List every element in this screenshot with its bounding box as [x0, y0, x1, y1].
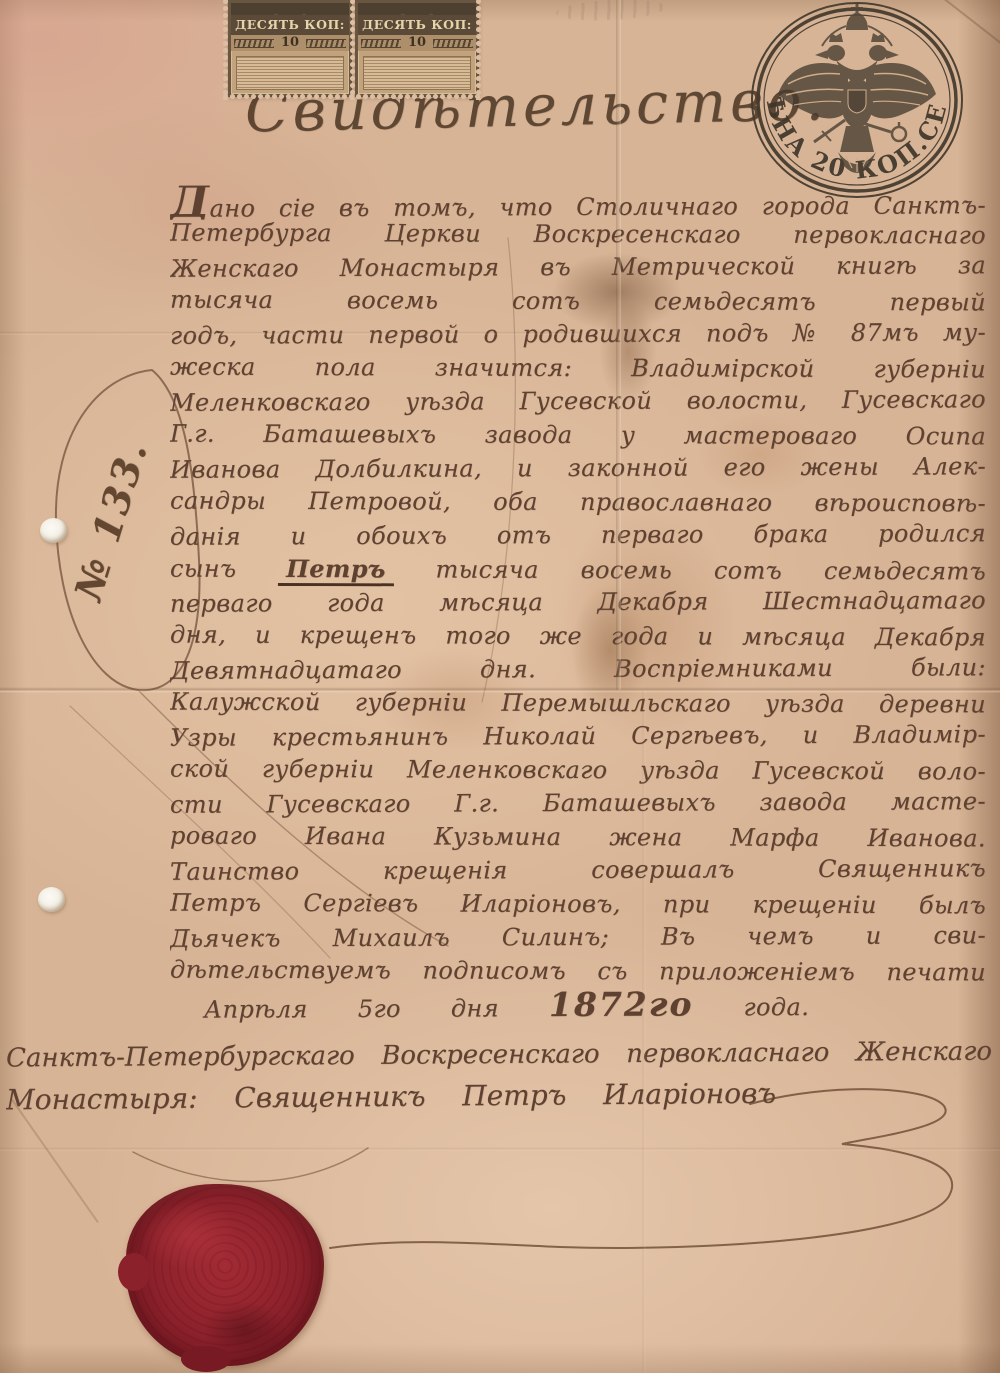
manuscript-line: данія и обоихъ отъ перваго брака родился	[170, 517, 986, 554]
stamp-perforation	[222, 0, 229, 100]
document-page: Свидѣтельство. ДЕСЯТЬ КОП: 10 ДЕСЯТЬ КОП…	[0, 0, 1000, 1373]
stamp-denomination-label: ДЕСЯТЬ КОП:	[231, 15, 349, 35]
registration-number: № 133.	[57, 406, 180, 638]
name-line-pre: сынъ	[170, 554, 237, 582]
manuscript-line: тысяча восемь сотъ семьдесятъ первый	[170, 283, 986, 319]
stamp-emblem-band	[358, 3, 476, 15]
manuscript-line: Иванова Долбилкина, и законной его жены …	[170, 450, 986, 487]
manuscript-line: Петербурга Церкви Воскресенскаго первокл…	[170, 216, 986, 252]
manuscript-line: Дьячекъ Михаилъ Силинъ; Въ чемъ и сви-	[170, 919, 986, 956]
stamp-perforation	[349, 0, 356, 100]
manuscript-line: жеска пола значится: Владимірской губерн…	[170, 350, 986, 386]
corner-crease	[11, 1099, 99, 1223]
stamp-value: 10	[358, 35, 476, 51]
manuscript-line: годъ, части первой о родившихся подъ № 8…	[170, 316, 986, 353]
seal-overline-curve	[133, 1148, 368, 1182]
name-line-post: тысяча восемь сотъ семьдесятъ	[436, 555, 987, 585]
manuscript-line: Девятнадцатаго дня. Воспріемниками были:	[170, 651, 986, 688]
manuscript-line: Таинство крещенія совершалъ Священникъ	[170, 852, 986, 889]
manuscript-line: Дано сіе въ томъ, что Столичнаго города …	[170, 182, 986, 219]
pencil-smudge	[556, 0, 667, 23]
manuscript-line: роваго Ивана Кузьмина жена Марфа Иванова…	[170, 819, 986, 855]
stamp-perforation	[222, 93, 482, 100]
manuscript-line: Женскаго Монастыря въ Метрической книгѣ …	[170, 249, 986, 286]
manuscript-line: Меленковскаго уѣзда Гусевской волости, Г…	[170, 383, 986, 420]
stamp-lined-panel	[236, 56, 344, 90]
signature-line-institution: Санктъ-Петербургскаго Воскресенскаго пер…	[6, 1037, 992, 1074]
manuscript-line: сандры Петровой, оба православнаго вѣрои…	[170, 484, 986, 520]
stamp-perforation	[475, 0, 482, 100]
manuscript-line: Калужской губерніи Перемышльскаго уѣзда …	[170, 685, 986, 721]
stamp-denomination-label: ДЕСЯТЬ КОП:	[358, 15, 476, 35]
punch-hole	[38, 887, 65, 912]
date-pre: Апрѣля 5го дня	[204, 994, 499, 1023]
signature-line-priest: Монастыря: Священникъ Петръ Иларіоновъ	[6, 1077, 776, 1117]
date-year: 1872го	[549, 986, 694, 1023]
manuscript-line: перваго года мѣсяца Декабря Шестнадцатаг…	[170, 584, 986, 621]
horizontal-fold-crease	[0, 1147, 1000, 1151]
stamp-value: 10	[231, 35, 349, 51]
manuscript-date-line: Апрѣля 5го дня 1872го года.	[170, 986, 986, 1023]
stamp-emblem-band	[231, 3, 349, 15]
revenue-stamp: ДЕСЯТЬ КОП: 10	[228, 0, 352, 97]
manuscript-line-child-name: сынъ Петръ тысяча восемь сотъ семьдесятъ	[170, 551, 986, 587]
revenue-stamp: ДЕСЯТЬ КОП: 10	[355, 0, 479, 97]
punch-hole	[40, 518, 67, 543]
document-body: Дано сіе въ томъ, что Столичнаго города …	[170, 184, 986, 1022]
manuscript-line: Петръ Сергіевъ Иларіоновъ, при крещеніи …	[170, 886, 986, 922]
manuscript-line: сти Гусевскаго Г.г. Баташевыхъ завода ма…	[170, 785, 986, 822]
manuscript-line: ской губерніи Меленковскаго уѣзда Гусевс…	[170, 752, 986, 788]
manuscript-line: Г.г. Баташевыхъ завода у мастероваго Оси…	[170, 417, 986, 453]
signature-flourish	[330, 1089, 952, 1248]
manuscript-line: дѣтельствуемъ подписомъ съ приложеніемъ …	[170, 953, 986, 989]
stamp-lined-panel	[363, 56, 471, 90]
child-name-underlined: Петръ	[278, 553, 394, 585]
wax-seal	[126, 1184, 324, 1366]
date-post: года.	[743, 993, 809, 1021]
manuscript-line: дня, и крещенъ того же года и мѣсяца Дек…	[170, 618, 986, 654]
imperial-eagle-stamp: ЦѢНА 20 КОП.СЕР.	[742, 0, 974, 205]
manuscript-line: Узры крестьянинъ Николай Сергѣевъ, и Вла…	[170, 718, 986, 755]
